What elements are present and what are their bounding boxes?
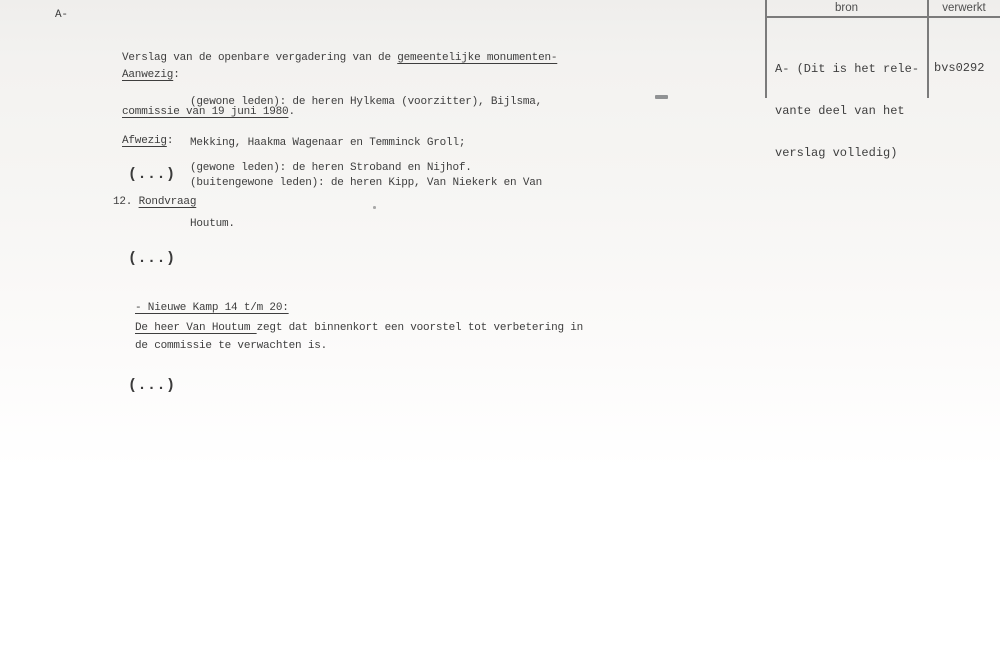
title-line-1: Verslag van de openbare vergadering van …	[122, 49, 557, 67]
title-line-1-underlined: gemeentelijke monumenten-	[397, 52, 557, 64]
topic-speaker: De heer Van Houtum	[135, 322, 257, 334]
present-line: Houtum.	[190, 218, 542, 232]
topic-heading: - Nieuwe Kamp 14 t/m 20:	[135, 302, 289, 316]
table-vertical-rule-left	[765, 0, 767, 98]
omission-marker-1: (...)	[128, 166, 176, 183]
omission-marker-3: (...)	[128, 377, 176, 394]
table-header-rule	[765, 16, 1000, 18]
scan-artifact-dot	[373, 206, 376, 209]
absent-lines: (gewone leden): de heren Stroband en Nij…	[190, 135, 472, 203]
omission-marker-2: (...)	[128, 250, 176, 267]
scan-artifact-dash	[655, 95, 668, 99]
table-header-verwerkt: verwerkt	[928, 2, 1000, 14]
table-processed-value: bvs0292	[934, 61, 984, 75]
table-source-note-line: A- (Dit is het rele-	[775, 62, 919, 76]
absent-line: (gewone leden): de heren Stroband en Nij…	[190, 162, 472, 176]
agenda-item-number: 12.	[113, 196, 139, 208]
present-label: Aanwezig:	[122, 69, 180, 83]
topic-line-2: de commissie te verwachten is.	[135, 340, 327, 354]
table-vertical-rule-middle	[927, 0, 929, 98]
table-header-bron: bron	[766, 2, 927, 14]
absent-label: Afwezig:	[122, 135, 173, 149]
table-source-note-line: vante deel van het	[775, 104, 919, 118]
table-source-note: A- (Dit is het rele- vante deel van het …	[775, 34, 919, 188]
table-source-note-line: verslag volledig)	[775, 146, 919, 160]
topic-line-1-rest: zegt dat binnenkort een voorstel tot ver…	[257, 322, 583, 334]
agenda-item-title: Rondvraag	[139, 196, 197, 208]
scanned-document-page: A- Verslag van de openbare vergadering v…	[0, 0, 1000, 649]
title-line-1-plain: Verslag van de openbare vergadering van …	[122, 52, 397, 64]
agenda-item-12: 12. Rondvraag	[113, 196, 196, 210]
topic-line-1: De heer Van Houtum zegt dat binnenkort e…	[135, 322, 583, 336]
present-line: (gewone leden): de heren Hylkema (voorzi…	[190, 96, 542, 110]
margin-label: A-	[55, 9, 68, 23]
